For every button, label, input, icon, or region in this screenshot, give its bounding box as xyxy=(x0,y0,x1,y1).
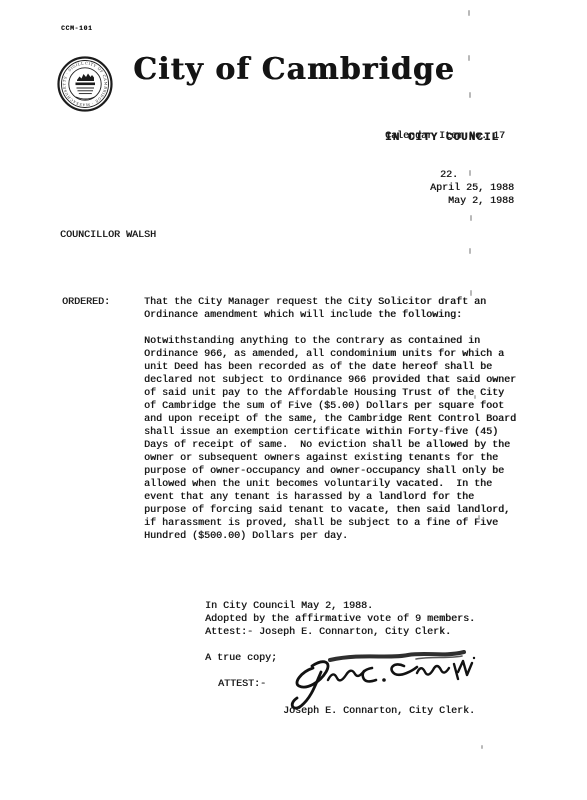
scan-artifact xyxy=(469,170,471,176)
date-block: April 25, 1988 May 2, 1988 xyxy=(392,182,514,208)
certification-block: In City Council May 2, 1988. Adopted by … xyxy=(205,600,475,639)
form-code: CCM-101 xyxy=(61,25,93,32)
attest-label: ATTEST:- xyxy=(218,678,266,691)
sponsor-line: COUNCILLOR WALSH xyxy=(60,229,156,242)
scan-artifact xyxy=(468,55,470,61)
document-page: CCM-101 CITY OF CAMBRIDGE · MASSACHUSETT… xyxy=(0,0,587,800)
calendar-item-number: 22. xyxy=(385,169,513,182)
order-body: Notwithstanding anything to the contrary… xyxy=(144,335,516,543)
scan-artifact xyxy=(481,745,483,749)
signature-joseph-connarton xyxy=(266,640,480,712)
scan-artifact xyxy=(474,395,476,399)
scan-artifact xyxy=(469,92,471,98)
council-heading: IN CITY COUNCIL xyxy=(385,132,499,145)
order-intro: That the City Manager request the City S… xyxy=(144,296,486,322)
scan-artifact xyxy=(470,215,472,221)
signature-caption: Joseph E. Connarton, City Clerk. xyxy=(283,705,475,718)
page-title: City of Cambridge xyxy=(94,52,494,88)
scan-artifact xyxy=(469,248,471,254)
scan-artifact xyxy=(468,10,470,16)
scan-artifact xyxy=(470,290,472,296)
ordered-label: ORDERED: xyxy=(62,296,110,309)
scan-artifact xyxy=(478,515,480,519)
